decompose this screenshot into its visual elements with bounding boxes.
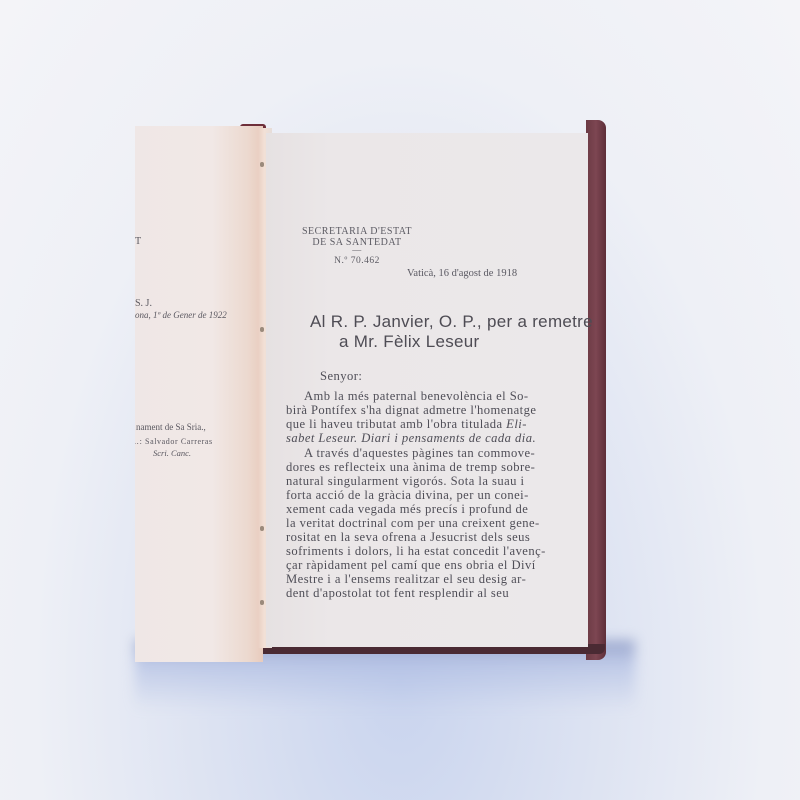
left-fragment: T xyxy=(135,236,141,247)
body-line: A través d'aquestes pàgines tan commove- xyxy=(304,446,535,461)
left-fragment: S. J. xyxy=(135,298,152,309)
salutation: Senyor: xyxy=(320,369,362,384)
header-secretaria: SECRETARIA D'ESTAT xyxy=(282,226,432,237)
binding-stitch xyxy=(260,327,264,332)
letter-title-line2: a Mr. Fèlix Leseur xyxy=(339,332,480,352)
body-line: Amb la més paternal benevolència el So- xyxy=(304,389,529,404)
body-line: dent d'apostolat tot fent resplendir al … xyxy=(286,586,509,601)
header-number: N.º 70.462 xyxy=(282,256,432,266)
left-fragment: …: Salvador Carreras xyxy=(135,437,213,446)
binding-stitch xyxy=(260,526,264,531)
left-fragment: …ona, 1º de Gener de 1922 xyxy=(135,310,227,320)
body-line: forta acció de la gràcia divina, per un … xyxy=(286,488,529,503)
dateline: Vaticà, 16 d'agost de 1918 xyxy=(407,268,517,279)
body-line: natural singularment vigorós. Sota la su… xyxy=(286,474,524,489)
body-line: que li haveu tributat amb l'obra titulad… xyxy=(286,417,527,432)
body-line: la veritat doctrinal com per una creixen… xyxy=(286,516,540,531)
left-page: T S. J. …ona, 1º de Gener de 1922 …namen… xyxy=(135,126,263,662)
left-fragment: …nament de Sa Sria., xyxy=(135,422,206,432)
body-line: sofriments i dolors, li ha estat concedi… xyxy=(286,544,546,559)
body-line: rositat en la seva ofrena a Jesucrist de… xyxy=(286,530,530,545)
book-cover-edge-right xyxy=(586,120,606,660)
body-line: dores es reflecteix una ànima de tremp s… xyxy=(286,460,535,475)
left-fragment: Scri. Canc. xyxy=(153,448,191,458)
body-line-text: que li haveu tributat amb l'obra titulad… xyxy=(286,417,506,431)
body-line: xement cada vegada més precís i profund … xyxy=(286,502,528,517)
binding-stitch xyxy=(260,600,264,605)
body-line: sabet Leseur. Diari i pensaments de cada… xyxy=(286,431,536,446)
right-page: SECRETARIA D'ESTAT DE SA SANTEDAT — N.º … xyxy=(266,133,588,647)
header-dash: — xyxy=(282,245,432,255)
binding-stitch xyxy=(260,162,264,167)
body-line: birà Pontífex s'ha dignat admetre l'home… xyxy=(286,403,536,418)
body-line: çar ràpidament pel camí que ens obria el… xyxy=(286,558,536,573)
body-line: Mestre i a l'ensems realitzar el seu des… xyxy=(286,572,526,587)
letter-title-line1: Al R. P. Janvier, O. P., per a remetre xyxy=(310,312,593,332)
book-title-italic: Eli- xyxy=(506,417,527,431)
